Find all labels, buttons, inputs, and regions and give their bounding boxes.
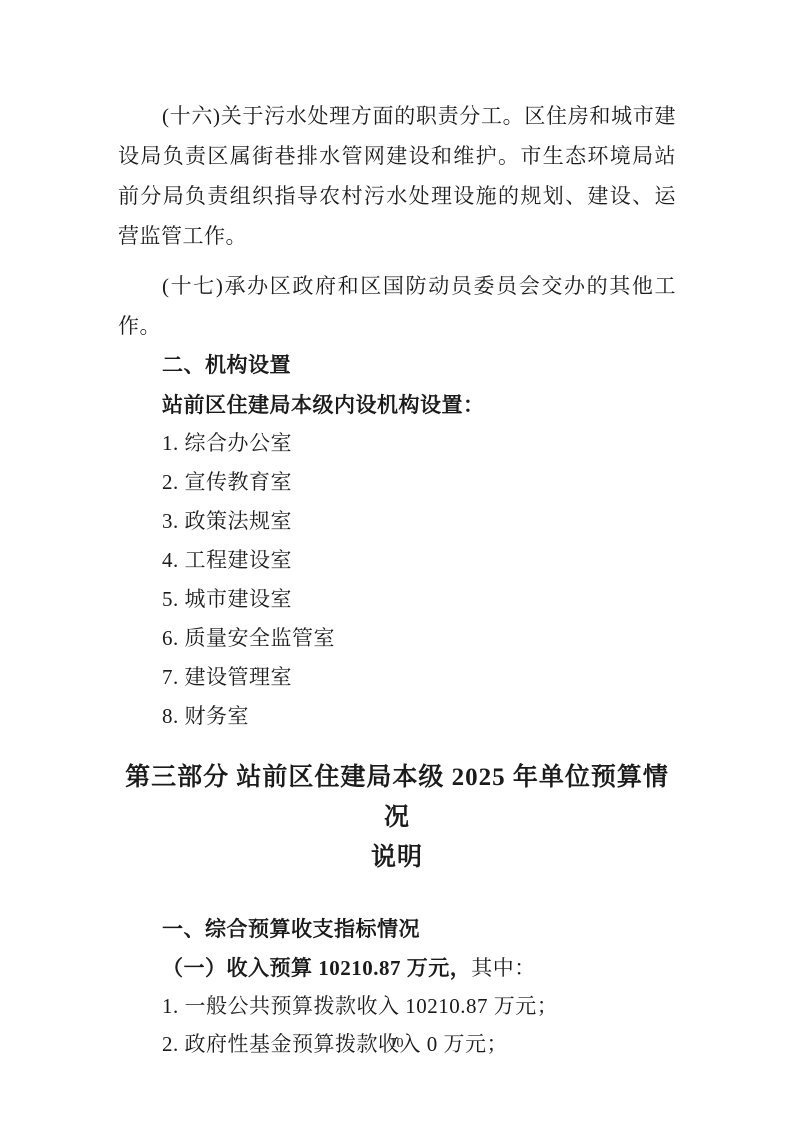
page-content: (十六)关于污水处理方面的职责分工。区住房和城市建设局负责区属街巷排水管网建设和… — [118, 0, 676, 1063]
document-page: (十六)关于污水处理方面的职责分工。区住房和城市建设局负责区属街巷排水管网建设和… — [0, 0, 793, 1122]
org-list-item-6: 6. 质量安全监管室 — [118, 619, 676, 658]
paragraph-duty-17: (十七)承办区政府和区国防动员委员会交办的其他工作。 — [118, 266, 676, 346]
section-heading-org-setup: 二、机构设置 — [118, 346, 676, 386]
income-budget-line: （一）收入预算 10210.87 万元，其中： — [118, 949, 676, 987]
org-list-item-8: 8. 财务室 — [118, 697, 676, 736]
income-budget-amount: （一）收入预算 10210.87 万元， — [162, 956, 471, 980]
org-list-item-5: 5. 城市建设室 — [118, 580, 676, 619]
section-subheading-org-setup: 站前区住建局本级内设机构设置： — [118, 386, 676, 426]
part3-title-line1: 第三部分 站前区住建局本级 2025 年单位预算情况 — [118, 758, 676, 838]
budget-summary-heading: 一、综合预算收支指标情况 — [118, 911, 676, 949]
page-number: 10 — [0, 1036, 793, 1052]
org-list-item-4: 4. 工程建设室 — [118, 541, 676, 580]
org-list-item-3: 3. 政策法规室 — [118, 502, 676, 541]
part3-title: 第三部分 站前区住建局本级 2025 年单位预算情况 说明 — [118, 758, 676, 878]
paragraph-duty-16: (十六)关于污水处理方面的职责分工。区住房和城市建设局负责区属街巷排水管网建设和… — [118, 96, 676, 256]
income-budget-rest: 其中： — [471, 956, 536, 980]
org-list-item-2: 2. 宣传教育室 — [118, 463, 676, 502]
part3-title-line2: 说明 — [118, 838, 676, 878]
income-item-general-public: 1. 一般公共预算拨款收入 10210.87 万元； — [118, 987, 676, 1025]
org-list: 1. 综合办公室 2. 宣传教育室 3. 政策法规室 4. 工程建设室 5. 城… — [118, 424, 676, 736]
org-list-item-7: 7. 建设管理室 — [118, 658, 676, 697]
org-list-item-1: 1. 综合办公室 — [118, 424, 676, 463]
